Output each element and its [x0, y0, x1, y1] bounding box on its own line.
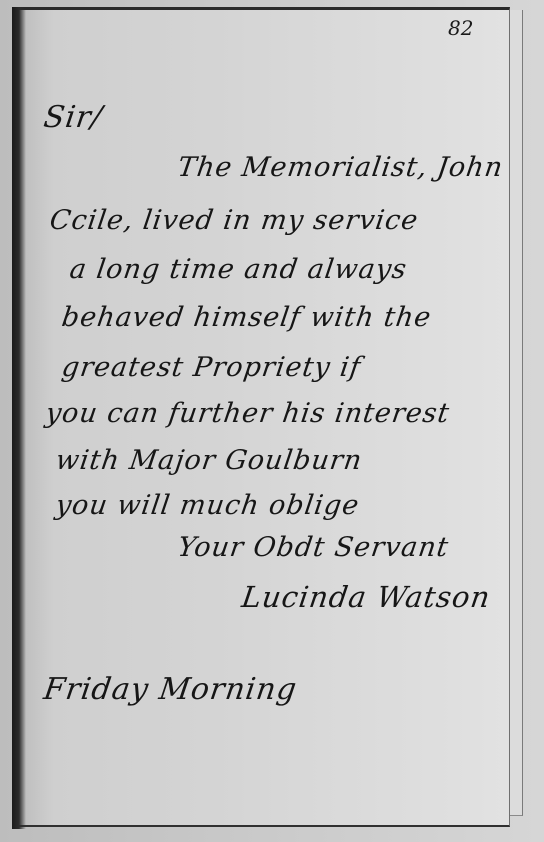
body-line: The Memorialist, John [176, 152, 505, 183]
binding-shadow [12, 7, 26, 829]
body-line: a long time and always [68, 254, 409, 285]
dateline: Friday Morning [42, 672, 300, 707]
body-line: with Major Goulburn [54, 445, 365, 476]
signature: Lucinda Watson [240, 580, 493, 614]
folio-number: 82 [448, 16, 473, 40]
body-line: behaved himself with the [60, 302, 434, 333]
closing: Your Obdt Servant [176, 532, 451, 563]
salutation: Sir/ [42, 100, 106, 135]
body-line: Ccile, lived in my service [48, 205, 421, 236]
body-line: greatest Propriety if [60, 352, 363, 383]
body-line: you can further his interest [44, 398, 452, 429]
body-line: you will much oblige [54, 490, 362, 521]
